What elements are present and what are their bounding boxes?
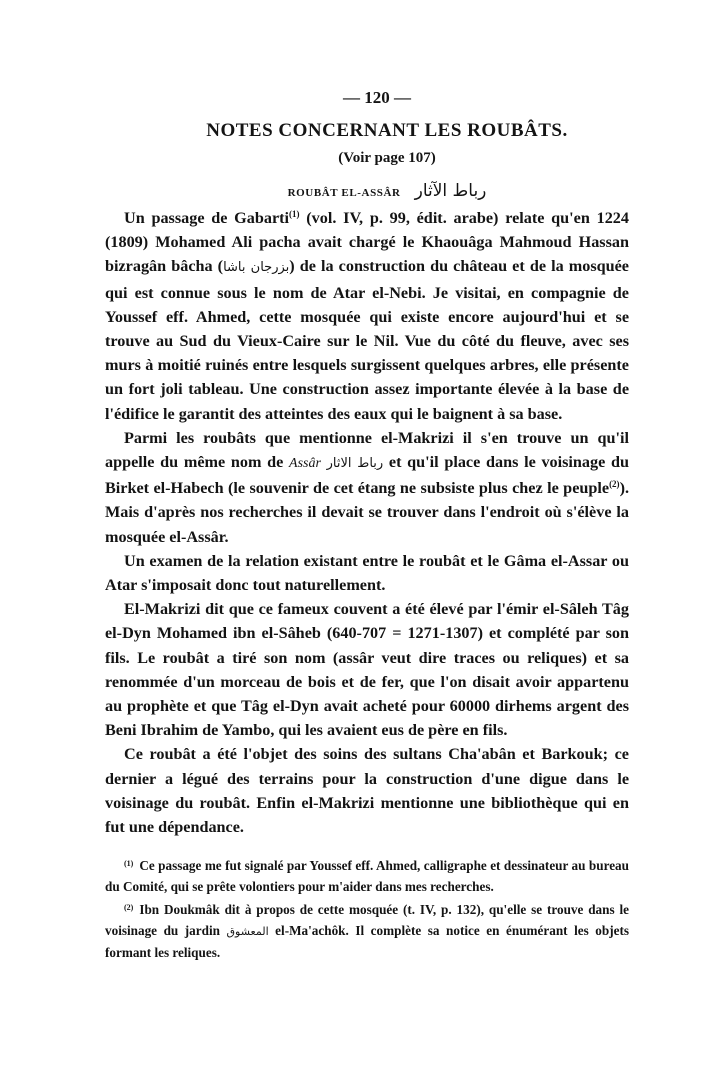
footnotes: (1)Ce passage me fut signalé par Youssef… bbox=[105, 853, 629, 963]
footnote-ref-1[interactable]: (1) bbox=[289, 209, 300, 219]
footnote-text: Ce passage me fut signalé par Youssef ef… bbox=[105, 858, 629, 894]
body-text: Un passage de Gabarti(1) (vol. IV, p. 99… bbox=[105, 206, 629, 839]
paragraph-1: Un passage de Gabarti(1) (vol. IV, p. 99… bbox=[105, 206, 629, 426]
paragraph-3: Un examen de la relation existant entre … bbox=[105, 549, 629, 597]
document-page: — 120 — NOTES CONCERNANT LES ROUBÂTS. (V… bbox=[105, 86, 629, 963]
footnote-mark: (2) bbox=[124, 903, 133, 912]
footnote-ref-2[interactable]: (2) bbox=[609, 479, 620, 489]
paragraph-text: ) de la construction du château et de la… bbox=[105, 257, 629, 422]
section-heading-latin: ROUBÂT EL-ASSÂR bbox=[288, 187, 401, 199]
italic-term: Assâr bbox=[289, 456, 321, 471]
section-heading: ROUBÂT EL-ASSÂR رباط الآثار bbox=[145, 178, 629, 204]
footnote-2: (2)Ibn Doukmâk dit à propos de cette mos… bbox=[105, 897, 629, 963]
arabic-term: المعشوق bbox=[227, 925, 269, 938]
section-heading-arabic: رباط الآثار bbox=[415, 181, 487, 201]
footnote-mark: (1) bbox=[124, 859, 133, 868]
paragraph-4: El-Makrizi dit que ce fameux couvent a é… bbox=[105, 597, 629, 742]
paragraph-text: Un passage de Gabarti bbox=[124, 209, 289, 227]
page-number: — 120 — bbox=[125, 86, 629, 110]
footnote-1: (1)Ce passage me fut signalé par Youssef… bbox=[105, 853, 629, 897]
paragraph-5: Ce roubât a été l'objet des soins des su… bbox=[105, 742, 629, 839]
page-subtitle: (Voir page 107) bbox=[145, 146, 629, 170]
arabic-term: بزرجان باشا bbox=[223, 260, 289, 275]
paragraph-2: Parmi les roubâts que mentionne el-Makri… bbox=[105, 426, 629, 549]
arabic-term: رباط الاثار bbox=[327, 456, 384, 471]
page-title: NOTES CONCERNANT LES ROUBÂTS. bbox=[145, 118, 629, 144]
